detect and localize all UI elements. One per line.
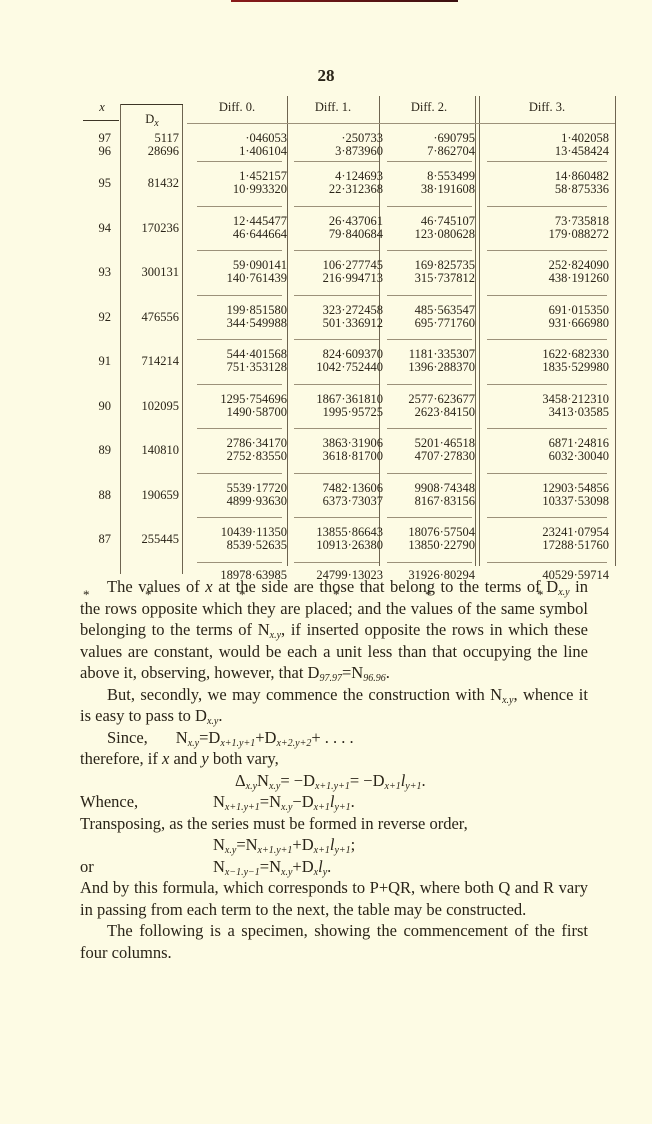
table-rule xyxy=(294,161,379,162)
table-rule xyxy=(294,339,379,340)
subscript: x.y xyxy=(270,630,281,641)
table-rule xyxy=(487,384,607,385)
table-rule xyxy=(294,250,379,251)
table-rule xyxy=(197,473,282,474)
table-rule xyxy=(83,120,119,121)
cell-x: 91 xyxy=(81,355,111,368)
text-run: and xyxy=(169,749,201,768)
table-rule xyxy=(387,473,472,474)
cell-dx: 190659 xyxy=(121,489,179,502)
cell-diff0: 140·761439 xyxy=(187,272,287,285)
text-run: +D xyxy=(292,835,313,854)
header-diff3: Diff. 3. xyxy=(479,100,615,115)
header-x: x xyxy=(87,100,117,115)
table-rule xyxy=(387,562,472,563)
subscript: y+1 xyxy=(405,781,421,792)
cell-dx: 81432 xyxy=(121,177,179,190)
subscript: x.y xyxy=(558,587,569,598)
cell-x: 94 xyxy=(81,222,111,235)
cell-diff1: 26·437061 xyxy=(287,215,383,228)
text-run: N xyxy=(213,835,225,854)
paragraph-3: And by this formula, which corresponds t… xyxy=(80,877,588,920)
cell-diff3: 931·666980 xyxy=(479,317,609,330)
body-text: The values of x at the side are those th… xyxy=(80,576,588,963)
cell-x: 87 xyxy=(81,533,111,546)
cell-diff0: 751·353128 xyxy=(187,361,287,374)
subscript: y+1 xyxy=(334,845,350,856)
cell-diff0: 2752·83550 xyxy=(187,450,287,463)
table-column-divider xyxy=(475,96,476,566)
table-rule xyxy=(487,206,607,207)
text-run: at the side are those that belong to the… xyxy=(213,577,559,596)
subscript: x+1.y+1 xyxy=(225,802,260,813)
cell-diff2: 1396·288370 xyxy=(379,361,475,374)
cell-diff1: 501·336912 xyxy=(287,317,383,330)
cell-dx: 476556 xyxy=(121,311,179,324)
text-run: . xyxy=(421,771,425,790)
table-rule xyxy=(294,384,379,385)
cell-diff3: 3458·212310 xyxy=(479,393,609,406)
subscript: x+1.y+1 xyxy=(315,781,350,792)
equation-or: orNx−1.y−1=Nx.y+Dxly. xyxy=(80,856,588,878)
table-rule xyxy=(197,250,282,251)
subscript: x+1 xyxy=(314,845,330,856)
cell-diff1: 10913·26380 xyxy=(287,539,383,552)
table-rule xyxy=(187,123,615,124)
text-run: +D xyxy=(255,728,276,747)
text-run: . xyxy=(386,663,390,682)
cell-diff2: 2577·623677 xyxy=(379,393,475,406)
cell-diff1: 1995·95725 xyxy=(287,406,383,419)
cell-diff1: 6373·73037 xyxy=(287,495,383,508)
text-run: x xyxy=(205,577,212,596)
text-run: =N xyxy=(236,835,257,854)
subscript: x.y xyxy=(281,867,292,878)
text-run: or xyxy=(80,856,213,878)
table-rule xyxy=(487,562,607,563)
text-run: N xyxy=(213,792,225,811)
header-diff1: Diff. 1. xyxy=(287,100,379,115)
cell-dx: 140810 xyxy=(121,444,179,457)
table-rule xyxy=(387,295,472,296)
cell-diff0: 10·993320 xyxy=(187,183,287,196)
table-rule xyxy=(294,295,379,296)
text-run: Whence, xyxy=(80,791,213,813)
header-dx: Dx xyxy=(121,112,183,127)
table-rule xyxy=(387,517,472,518)
table-rule xyxy=(121,104,183,105)
text-run: Δ xyxy=(235,771,246,790)
table-rule xyxy=(197,517,282,518)
table-rule xyxy=(197,295,282,296)
text-run: Since, xyxy=(107,728,148,747)
table-rule xyxy=(294,473,379,474)
cell-dx: 170236 xyxy=(121,222,179,235)
paragraph-1: The values of x at the side are those th… xyxy=(80,576,588,684)
cell-diff0: 4899·93630 xyxy=(187,495,287,508)
table-rule xyxy=(487,473,607,474)
cell-diff3: 691·015350 xyxy=(479,304,609,317)
text-run: =N xyxy=(342,663,363,682)
cell-diff3: 3413·03585 xyxy=(479,406,609,419)
cell-diff1: 216·994713 xyxy=(287,272,383,285)
cell-x: 92 xyxy=(81,311,111,324)
subscript: y+1 xyxy=(334,802,350,813)
table-rule xyxy=(197,384,282,385)
text-run: N xyxy=(257,771,269,790)
text-run: N xyxy=(176,728,188,747)
cell-diff2: 2623·84150 xyxy=(379,406,475,419)
table-rule xyxy=(487,295,607,296)
cell-diff3: 1835·529980 xyxy=(479,361,609,374)
cell-diff0: 5539·17720 xyxy=(187,482,287,495)
text-run: . xyxy=(351,792,355,811)
equation-since: Since,Nx.y=Dx+1.y+1+Dx+2.y+2+ . . . . xyxy=(80,727,588,749)
table-rule xyxy=(294,562,379,563)
text-run: . xyxy=(327,857,331,876)
cell-diff1: 1867·361810 xyxy=(287,393,383,406)
cell-diff2: 38·191608 xyxy=(379,183,475,196)
cell-diff0: 8539·52635 xyxy=(187,539,287,552)
equation-transposed: Nx.y=Nx+1.y+1+Dx+1ly+1; xyxy=(80,834,588,856)
cell-diff3: 438·191260 xyxy=(479,272,609,285)
table-rule xyxy=(387,250,472,251)
cell-diff1: 22·312368 xyxy=(287,183,383,196)
text-run: =D xyxy=(199,728,220,747)
cell-diff3: 73·735818 xyxy=(479,215,609,228)
cell-x: 93 xyxy=(81,266,111,279)
subscript: x xyxy=(154,118,158,129)
table-rule xyxy=(487,161,607,162)
cell-diff2: 485·563547 xyxy=(379,304,475,317)
page-number: 28 xyxy=(0,66,652,86)
paragraph-2: But, secondly, we may commence the const… xyxy=(80,684,588,727)
subscript: x.y xyxy=(269,781,280,792)
cell-dx: 714214 xyxy=(121,355,179,368)
table-rule xyxy=(197,562,282,563)
cell-diff3: 10337·53098 xyxy=(479,495,609,508)
cell-diff2: 4707·27830 xyxy=(379,450,475,463)
text-run: But, secondly, we may commence the const… xyxy=(107,685,502,704)
cell-diff1: 1042·752440 xyxy=(287,361,383,374)
table-rule xyxy=(387,384,472,385)
subscript: x.y xyxy=(207,716,218,727)
header-diff2: Diff. 2. xyxy=(379,100,479,115)
cell-diff0: 199·851580 xyxy=(187,304,287,317)
subscript: x+2.y+2 xyxy=(276,738,311,749)
text-run: =N xyxy=(260,792,281,811)
text-run: =N xyxy=(260,857,281,876)
text-run: . xyxy=(218,706,222,725)
subscript: x.y xyxy=(502,695,513,706)
text-run: +D xyxy=(292,857,313,876)
text-run: N xyxy=(213,857,225,876)
cell-diff1: 323·272458 xyxy=(287,304,383,317)
table-rule xyxy=(487,428,607,429)
table-column-divider xyxy=(615,96,616,566)
table-rule xyxy=(487,517,607,518)
subscript: x.y xyxy=(225,845,236,856)
subscript: x+1.y+1 xyxy=(258,845,293,856)
cell-diff3: 179·088272 xyxy=(479,228,609,241)
cell-dx: 102095 xyxy=(121,400,179,413)
cell-diff0: 46·644664 xyxy=(187,228,287,241)
text-run: therefore, if xyxy=(80,749,162,768)
subscript: x.y xyxy=(246,781,257,792)
cell-diff2: 9908·74348 xyxy=(379,482,475,495)
cell-diff2: 123·080628 xyxy=(379,228,475,241)
cell-dx: 255445 xyxy=(121,533,179,546)
table-column-divider xyxy=(182,104,183,574)
cell-dx: 300131 xyxy=(121,266,179,279)
table-rule xyxy=(387,161,472,162)
table-rule xyxy=(197,161,282,162)
cell-diff2: 315·737812 xyxy=(379,272,475,285)
table-rule xyxy=(487,250,607,251)
table-rule xyxy=(487,339,607,340)
text-run: −D xyxy=(292,792,313,811)
text-run: both vary, xyxy=(209,749,279,768)
cell-diff2: 695·771760 xyxy=(379,317,475,330)
cell-diff1: 3·873960 xyxy=(287,145,383,158)
cell-x: 95 xyxy=(81,177,111,190)
table-rule xyxy=(197,206,282,207)
table-rule xyxy=(387,206,472,207)
cell-x: 90 xyxy=(81,400,111,413)
cell-diff2: 7·862704 xyxy=(379,145,475,158)
cell-diff0: 12·445477 xyxy=(187,215,287,228)
scan-edge-bar xyxy=(231,0,458,2)
cell-x: 96 xyxy=(81,145,111,158)
cell-diff2: 8167·83156 xyxy=(379,495,475,508)
subscript: x.y xyxy=(188,738,199,749)
cell-diff2: 13850·22790 xyxy=(379,539,475,552)
text-run: ; xyxy=(351,835,356,854)
paragraph-4: The following is a specimen, showing the… xyxy=(80,920,588,963)
cell-diff3: 17288·51760 xyxy=(479,539,609,552)
cell-diff0: 344·549988 xyxy=(187,317,287,330)
equation-delta: Δx.yNx.y= −Dx+1.y+1= −Dx+1ly+1. xyxy=(80,770,588,792)
cell-diff0: 1295·754696 xyxy=(187,393,287,406)
table-column-divider xyxy=(120,104,121,574)
table-rule xyxy=(294,428,379,429)
table-rule xyxy=(294,206,379,207)
cell-diff0: 1·406104 xyxy=(187,145,287,158)
cell-x: 88 xyxy=(81,489,111,502)
cell-diff2: 46·745107 xyxy=(379,215,475,228)
subscript: x+1 xyxy=(314,802,330,813)
cell-x: 89 xyxy=(81,444,111,457)
subscript: 97.97 xyxy=(319,673,342,684)
table-rule xyxy=(387,339,472,340)
cell-diff3: 13·458424 xyxy=(479,145,609,158)
paragraph-therefore: therefore, if x and y both vary, xyxy=(80,748,588,770)
table-rule xyxy=(294,517,379,518)
cell-diff3: 58·875336 xyxy=(479,183,609,196)
cell-diff0: 1490·58700 xyxy=(187,406,287,419)
equation-whence: Whence,Nx+1.y+1=Nx.y−Dx+1ly+1. xyxy=(80,791,588,813)
header-diff0: Diff. 0. xyxy=(187,100,287,115)
table-rule xyxy=(197,339,282,340)
cell-diff3: 12903·54856 xyxy=(479,482,609,495)
cell-diff1: 3618·81700 xyxy=(287,450,383,463)
subscript: 96.96 xyxy=(363,673,386,684)
cell-dx: 28696 xyxy=(121,145,179,158)
table-rule xyxy=(387,428,472,429)
cell-diff1: 79·840684 xyxy=(287,228,383,241)
text-run: The values of xyxy=(107,577,205,596)
text-run: = −D xyxy=(280,771,315,790)
paragraph-transposing: Transposing, as the series must be forme… xyxy=(80,813,588,835)
subscript: x+1 xyxy=(385,781,401,792)
text-run: y xyxy=(201,749,208,768)
subscript: x.y xyxy=(281,802,292,813)
text-run: + . . . . xyxy=(311,728,353,747)
text-run: = −D xyxy=(350,771,385,790)
table-rule xyxy=(197,428,282,429)
cell-diff3: 6032·30040 xyxy=(479,450,609,463)
cell-diff1: 7482·13606 xyxy=(287,482,383,495)
subscript: x−1.y−1 xyxy=(225,867,260,878)
subscript: x+1.y+1 xyxy=(220,738,255,749)
